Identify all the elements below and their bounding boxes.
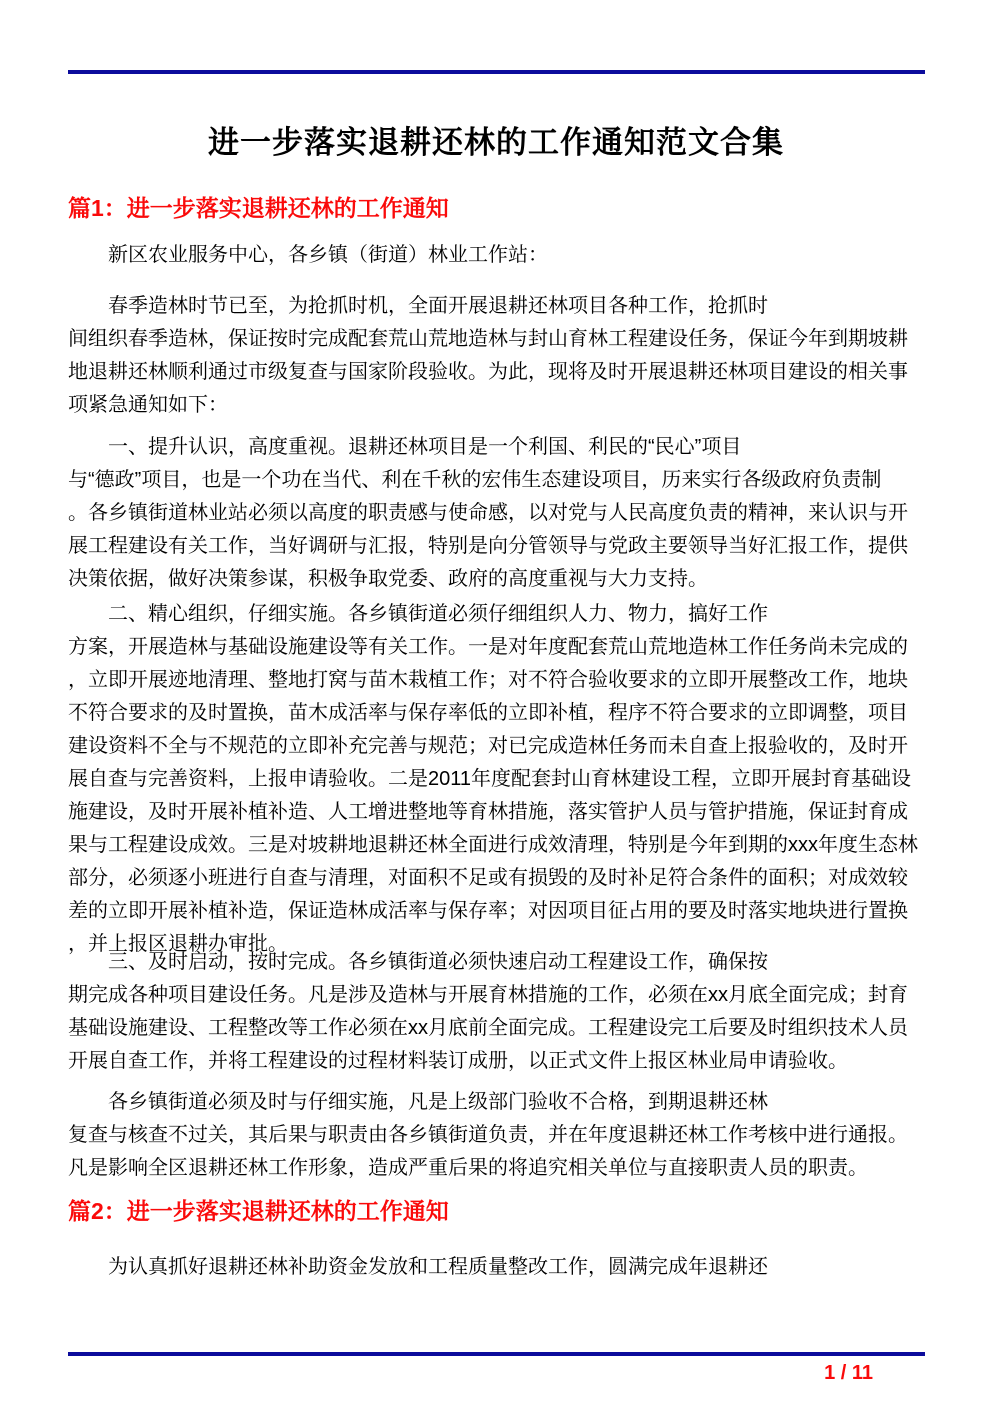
- section-1-paragraph-item-3: 三、及时启动，按时完成。各乡镇街道必须快速启动工程建设工作，确保按 期完成各种项…: [68, 946, 928, 1078]
- section-1-paragraph-item-2: 二、精心组织，仔细实施。各乡镇街道必须仔细组织人力、物力，搞好工作 方案，开展造…: [68, 598, 928, 961]
- section-2-heading: 篇2：进一步落实退耕还林的工作通知: [68, 1196, 926, 1226]
- section-1-heading: 篇1：进一步落实退耕还林的工作通知: [68, 193, 926, 223]
- section-1-paragraph-item-1: 一、提升认识，高度重视。退耕还林项目是一个利国、利民的“民心”项目 与“德政”项…: [68, 431, 928, 596]
- document-page: 进一步落实退耕还林的工作通知范文合集 篇1：进一步落实退耕还林的工作通知 新区农…: [0, 0, 992, 1403]
- section-1-paragraph-closing: 各乡镇街道必须及时与仔细实施，凡是上级部门验收不合格，到期退耕还林 复查与核查不…: [68, 1086, 928, 1185]
- document-title: 进一步落实退耕还林的工作通知范文合集: [0, 122, 992, 164]
- header-rule: [68, 70, 925, 74]
- section-2-paragraph-intro: 为认真抓好退耕还林补助资金发放和工程质量整改工作，圆满完成年退耕还: [68, 1251, 928, 1284]
- footer-rule: [68, 1352, 925, 1356]
- page-number-indicator: 1 / 11: [824, 1360, 873, 1386]
- section-1-paragraph-intro: 春季造林时节已至，为抢抓时机，全面开展退耕还林项目各种工作，抢抓时 间组织春季造…: [68, 290, 928, 422]
- section-1-paragraph-salutation: 新区农业服务中心，各乡镇（街道）林业工作站：: [68, 239, 928, 272]
